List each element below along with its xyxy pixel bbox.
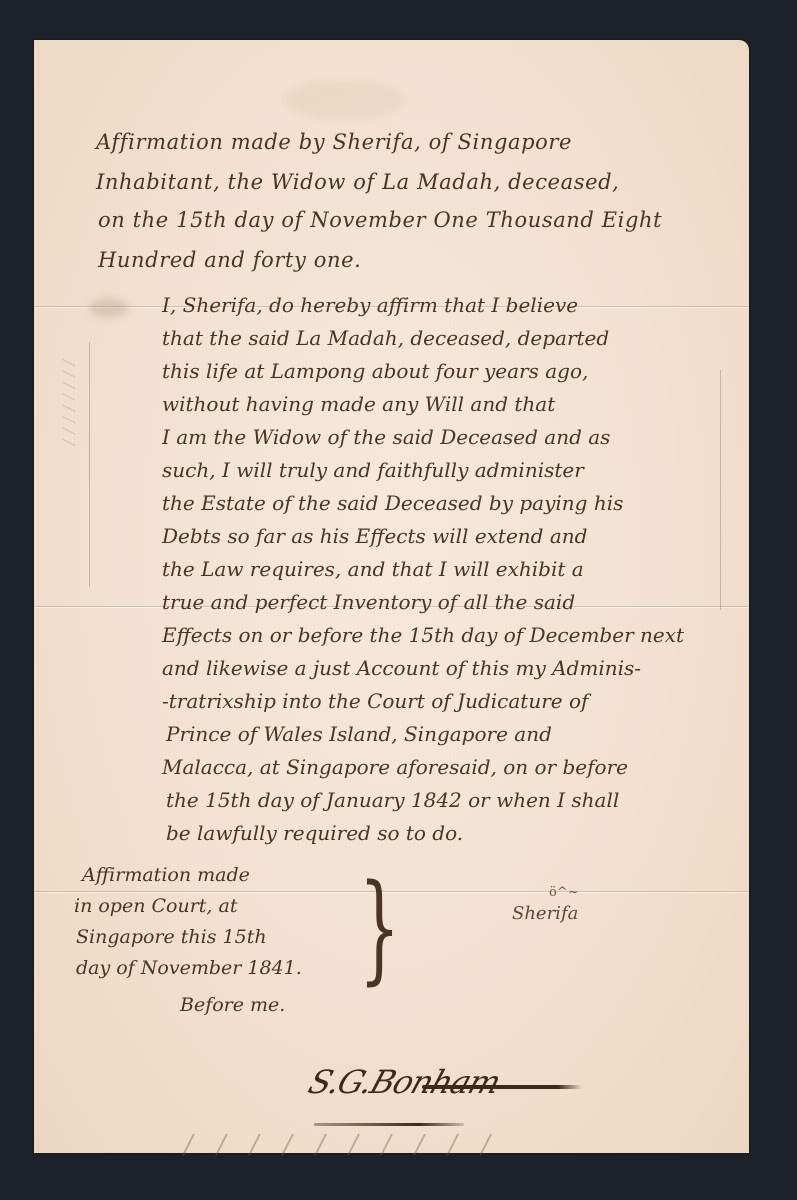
- heading-line: Affirmation made by Sherifa, of Singapor…: [96, 132, 572, 153]
- body-line: Prince of Wales Island, Singapore and: [166, 724, 552, 744]
- ink-stain: [89, 298, 129, 318]
- document-page: //////// Affirmation made by Sherifa, of…: [34, 40, 749, 1153]
- body-line: the Law requires, and that I will exhibi…: [162, 559, 584, 579]
- body-line: -tratrixship into the Court of Judicatur…: [162, 691, 588, 711]
- body-line: be lawfully required so to do.: [166, 823, 463, 843]
- heading-line: Inhabitant, the Widow of La Madah, decea…: [96, 172, 619, 193]
- body-line: and likewise a just Account of this my A…: [162, 658, 641, 678]
- margin-rule: [720, 370, 721, 610]
- judge-signature-text: S.G.Bonham: [304, 1063, 505, 1101]
- body-line: Malacca, at Singapore aforesaid, on or b…: [162, 757, 628, 777]
- heading-line: on the 15th day of November One Thousand…: [98, 210, 662, 231]
- attestation-line: day of November 1841.: [76, 959, 302, 978]
- affiant-mark: ö^~: [549, 885, 579, 900]
- body-line: the 15th day of January 1842 or when I s…: [166, 790, 619, 810]
- body-line: I am the Widow of the said Deceased and …: [162, 427, 610, 447]
- attestation-line: in open Court, at: [74, 897, 237, 916]
- attestation-line: Affirmation made: [82, 866, 250, 885]
- margin-rule: [89, 342, 90, 587]
- attestation-line: Singapore this 15th: [76, 928, 267, 947]
- affiant-signature: Sherifa: [512, 905, 578, 923]
- bleed-through-text: ////////: [60, 360, 79, 451]
- body-line: this life at Lampong about four years ag…: [162, 361, 588, 381]
- body-line: Effects on or before the 15th day of Dec…: [162, 625, 684, 645]
- judge-signature: S.G.Bonham: [302, 1035, 592, 1125]
- body-line: that the said La Madah, deceased, depart…: [162, 328, 609, 348]
- heading-line: Hundred and forty one.: [98, 250, 361, 271]
- body-line: true and perfect Inventory of all the sa…: [162, 592, 575, 612]
- body-line: Debts so far as his Effects will extend …: [162, 526, 587, 546]
- body-line: the Estate of the said Deceased by payin…: [162, 493, 623, 513]
- attestation-brace: }: [359, 868, 400, 986]
- paper-stain: [284, 80, 404, 120]
- signature-flourish: [422, 1085, 582, 1089]
- body-line: without having made any Will and that: [162, 394, 555, 414]
- body-line: such, I will truly and faithfully admini…: [162, 460, 584, 480]
- before-me-label: Before me.: [180, 996, 285, 1015]
- signature-underline: [314, 1123, 464, 1126]
- body-line: I, Sherifa, do hereby affirm that I beli…: [162, 295, 578, 315]
- bleed-through-marks: / / / / / / / / / /: [184, 1130, 498, 1160]
